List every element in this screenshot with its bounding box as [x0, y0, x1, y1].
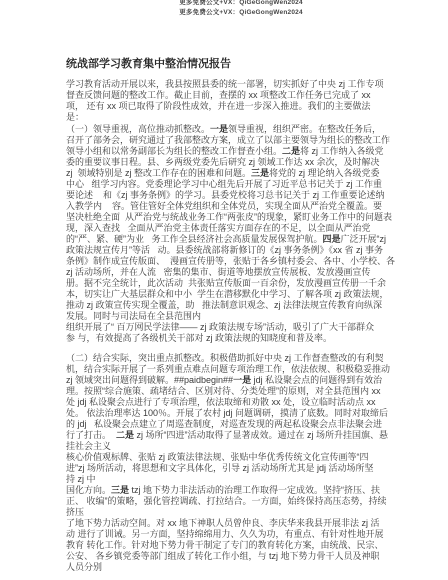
text-line: 中心 组学习内容。党委理论学习中心组先后开展了习近平总书记关于 zj 工作重 — [66, 179, 392, 190]
text-run: 行了打击。 — [66, 430, 116, 440]
text-run: 发展。同时与司法局在全县范围内 — [66, 311, 201, 321]
text-run: 本，切实让广大基层群众和中小 学生在潜移默化中学习、了解各项 zj 政策法规， — [66, 289, 389, 299]
text-line: 召开了部务会，研究通过了我部整改方案，成立了以部主要领导为组长的整改工作 — [66, 135, 392, 146]
text-run: 处 jdj 私设聚会点进行了专项治理，依法取缔和劝散 xx 处，设立临时活动点 … — [66, 397, 376, 407]
text-run: 是： — [66, 112, 84, 122]
text-run: 督查反馈问题的整改工作。截止目前，查摆的 xx 项整改工作任务已完成了 xx — [66, 90, 371, 100]
text-run: 要论述 和《zj 事务条例》的学习。县委党校将习总书记关于 zj 工作重要论述纳 — [66, 190, 385, 200]
text-run: zj 领域突出问题得到破解。##paidbegin## — [66, 375, 233, 385]
text-run: 理。按照“综合施策、疏堵结合、区别对待、分类处理”的原则，对全县范围内 xx — [66, 386, 381, 396]
text-line: 的 jdj 私设聚会点建立了周巡查制度，对巡查发现的两起私设聚会点非法聚会进 — [66, 419, 392, 430]
text-line: zj 活动场所，并在人流 密集的集市、街道等地摆放宣传展板、发放漫画宣传 — [66, 267, 392, 278]
paragraph: 学习教育活动开展以来，我县按照县委的统一部署，切实抓好了中央 zj 工作专项督查… — [66, 79, 392, 123]
watermark-line-2: 更多免费公文+VX：QiGeGongWen2024 — [17, 7, 448, 16]
text-run: 进”zj 场所活动，将思想和文字具体化，引导 zj 活动场所尤其是 jdj 活动… — [66, 463, 374, 473]
text-line: 了地下势力活动空间。对 xx 地下神职人员曾仲良、李庆华来我县开展非法 zj 活 — [66, 518, 392, 529]
text-run: 动 进行了训诫。另一方面，坚持绵绵用力、久久为功，有重点、有针对性地开展 — [66, 529, 384, 539]
text-run: 坚决杜绝全面 从严治党与统战业务工作“两张皮”的现象，紧盯业务工作中的问题表 — [66, 212, 392, 222]
text-run: 推动 zj 政策宣传实现全覆盖，助 推法制意识观念、zj 法律法规宣传教育向纵深 — [66, 300, 382, 310]
text-run: zj 领域特别是 zj 整改工作存在的困难和问题。 — [66, 168, 251, 178]
text-line: 要论述 和《zj 事务条例》的学习。县委党校将习总书记关于 zj 工作重要论述纳 — [66, 190, 392, 201]
text-run: 中心 组学习内容。党委理论学习中心组先后开展了习近平总书记关于 zj 工作重 — [66, 179, 382, 189]
text-run: jdj 私设聚会点的问题得到有效治 — [251, 375, 382, 385]
text-run: 正、 收编”的策略，强化管控调疏、打拉结合。一方面，始终保持高压态势，持续 — [66, 496, 387, 506]
text-run: 机，结合实际开展了一系列重点难点问题专项治理工作，依法依规、积极稳妥推动 — [66, 364, 390, 374]
text-line: 领导小组和以常务副部长为组长的整改工作督查小组。二是将 zj 工作纳入各级党 — [66, 146, 392, 157]
text-line: 动 进行了训诫。另一方面，坚持绵绵用力、久久为功，有重点、有针对性地开展 — [66, 529, 392, 540]
text-line: 挤压 — [66, 507, 392, 518]
text-line: 公安、 各乡镇党委等部门组成了转化工作小组，与 tzj 地下势力骨干人员及神职 — [66, 551, 392, 562]
text-run: 的 jdj 私设聚会点建立了周巡查制度，对巡查发现的两起私设聚会点非法聚会进 — [66, 419, 382, 429]
text-run: 学习教育活动开展以来，我县按照县委的统一部署，切实抓好了中央 zj 工作专项 — [66, 79, 384, 89]
text-run: 委的重要议事日程。县、乡两级党委先后研究 zj 领域工作达 xx 余次，及时解决 — [66, 157, 380, 167]
text-run: 教育 转化工作。针对地下势力骨干制定了专门的教育转化方案，由统战、民宗、 — [66, 540, 384, 550]
text-line: 学习教育活动开展以来，我县按照县委的统一部署，切实抓好了中央 zj 工作专项 — [66, 79, 392, 90]
text-line: 行了打击。 二是 zj 场所“四进”活动取得了显著成效。通过在 zj 场所升挂国… — [66, 430, 392, 441]
text-run: 的“严、紧、硬”为业 务工作全县经济社会高质量发展保驾护航。 — [66, 234, 323, 244]
text-line: 组织开展了“ 百万网民学法律—— zj 政策法规专场”活动，吸引了广大干部群众 — [66, 322, 392, 333]
text-line: 核心价值观标牌、张贴 zj 政策法律法规、张贴中华优秀传统文化宣传画等“四 — [66, 452, 392, 463]
text-run: 册。据不完全统计，此次活动 共张贴宣传版面一百余份，发放漫画宣传册一千余 — [66, 278, 386, 288]
text-line: 国化方向。三是 tzj 地下势力非法活动的治理工作取得一定成效。坚持“挤压、扶 — [66, 485, 392, 496]
text-line: 正、 收编”的策略，强化管控调疏、打拉结合。一方面，始终保持高压态势，持续 — [66, 496, 392, 507]
document-body: 学习教育活动开展以来，我县按照县委的统一部署，切实抓好了中央 zj 工作专项督查… — [66, 79, 392, 573]
text-line: 坚决杜绝全面 从严治党与统战业务工作“两张皮”的现象，紧盯业务工作中的问题表 — [66, 212, 392, 223]
text-run: 现，深入查找 全面从严治党主体责任落实方面存在的不足，以全面从严治党 — [66, 223, 371, 233]
text-run: 处。 依法治理率达 100％。开展了农村 jdj 问题调研，摸清了底数。同时对取… — [66, 408, 388, 418]
bold-text-run: 一是 — [233, 375, 251, 385]
text-line: 的“严、紧、硬”为业 务工作全县经济社会高质量发展保驾护航。四是广泛开展“zj — [66, 234, 392, 245]
bold-text-run: 二是 — [116, 430, 134, 440]
text-run: 将党的 zj 理论纳入各级党委 — [269, 168, 380, 178]
text-line: 进”zj 场所活动，将思想和文字具体化，引导 zj 活动场所尤其是 jdj 活动… — [66, 463, 392, 474]
text-line: zj 领域特别是 zj 整改工作存在的困难和问题。三是将党的 zj 理论纳入各级… — [66, 168, 392, 179]
text-line: 本，切实让广大基层群众和中小 学生在潜移默化中学习、了解各项 zj 政策法规， — [66, 289, 392, 300]
document-page: { "colors": { "background": "#ffffff", "… — [0, 0, 448, 580]
text-run: 领导小组和以常务副部长为组长的整改工作督查小组。 — [66, 146, 282, 156]
text-run: 持 zj 中 — [66, 474, 96, 484]
text-line: 督查反馈问题的整改工作。截止目前，查摆的 xx 项整改工作任务已完成了 xx — [66, 90, 392, 101]
text-line: 入教学内 容。管住管好全体党组织和全体党员，实现全面从严治党全覆盖。要 — [66, 201, 392, 212]
text-line: 人员分别 — [66, 562, 392, 573]
text-run: 项， 还有 xx 项已取得了阶段性成效，并在进一步深入推进。我们的主要做法 — [66, 101, 371, 111]
text-line: 理。按照“综合施策、疏堵结合、区别对待、分类处理”的原则，对全县范围内 xx — [66, 386, 392, 397]
text-run: 组织开展了“ 百万网民学法律—— zj 政策法规专场”活动，吸引了广大干部群众 — [66, 322, 374, 332]
text-run: tzj 地下势力非法活动的治理工作取得一定成效。坚持“挤压、扶 — [129, 485, 380, 495]
text-line: （二）结合实际，突出重点抓整改。积极借助抓好中央 zj 工作督查整改的有利契 — [66, 353, 392, 364]
text-run: 了地下势力活动空间。对 xx 地下神职人员曾仲良、李庆华来我县开展非法 zj 活 — [66, 518, 380, 528]
text-run: 挤压 — [66, 507, 84, 517]
text-run: 人员分别 — [66, 562, 102, 572]
text-line: 挂社会主义 — [66, 441, 392, 452]
text-run: 条例》制作成宣传版面、 漫画宣传册等，张贴于各乡镇村委会、各中、小学校、各 — [66, 256, 395, 266]
bold-text-run: 三是 — [111, 485, 129, 495]
text-run: 广泛开展“zj — [341, 234, 387, 244]
text-line: 项， 还有 xx 项已取得了阶段性成效，并在进一步深入推进。我们的主要做法 — [66, 101, 392, 112]
text-line: 政策法规宣传月”等活 动。县委统战部将新修订的《zj 事务条例》《xx 省 zj… — [66, 245, 392, 256]
text-line: 现，深入查找 全面从严治党主体责任落实方面存在的不足，以全面从严治党 — [66, 223, 392, 234]
paragraph: （二）结合实际，突出重点抓整改。积极借助抓好中央 zj 工作督查整改的有利契机，… — [66, 353, 392, 573]
bold-text-run: 三是 — [251, 168, 269, 178]
text-line: 是： — [66, 112, 392, 123]
text-run: 参 与，有效提高了各级机关干部对 zj 政策法规的知晓度和普及率。 — [66, 333, 332, 343]
text-line: 处 jdj 私设聚会点进行了专项治理，依法取缔和劝散 xx 处，设立临时活动点 … — [66, 397, 392, 408]
watermark-line-1: 更多免费公文+VX：QiGeGongWen2024 — [17, 0, 448, 6]
text-line: 处。 依法治理率达 100％。开展了农村 jdj 问题调研，摸清了底数。同时对取… — [66, 408, 392, 419]
text-run: 国化方向。 — [66, 485, 111, 495]
text-line: 发展。同时与司法局在全县范围内 — [66, 311, 392, 322]
text-run: （一）领导重视，高位推动抓整改。 — [66, 124, 210, 134]
text-line: （一）领导重视，高位推动抓整改。一是领导重视，组织严密。在整改任务后， — [66, 124, 392, 135]
text-line: 机，结合实际开展了一系列重点难点问题专项治理工作，依法依规、积极稳妥推动 — [66, 364, 392, 375]
text-line: 参 与，有效提高了各级机关干部对 zj 政策法规的知晓度和普及率。 — [66, 333, 392, 344]
text-run: zj 活动场所，并在人流 密集的集市、街道等地摆放宣传展板、发放漫画宣传 — [66, 267, 371, 277]
text-run: 政策法规宣传月”等活 动。县委统战部将新修订的《zj 事务条例》《xx 省 zj… — [66, 245, 383, 255]
text-run: （二）结合实际，突出重点抓整改。积极借助抓好中央 zj 工作督查整改的有利契 — [66, 353, 384, 363]
text-line: 册。据不完全统计，此次活动 共张贴宣传版面一百余份，发放漫画宣传册一千余 — [66, 278, 392, 289]
paragraph: （一）领导重视，高位推动抓整改。一是领导重视，组织严密。在整改任务后，召开了部务… — [66, 124, 392, 344]
text-line: zj 领域突出问题得到破解。##paidbegin##一是 jdj 私设聚会点的… — [66, 375, 392, 386]
text-line: 委的重要议事日程。县、乡两级党委先后研究 zj 领域工作达 xx 余次，及时解决 — [66, 157, 392, 168]
document-content: 统战部学习教育集中整治情况报告 学习教育活动开展以来，我县按照县委的统一部署，切… — [66, 58, 392, 573]
text-line: 持 zj 中 — [66, 474, 392, 485]
text-run: zj 场所“四进”活动取得了显著成效。通过在 zj 场所升挂国旗、悬 — [134, 430, 388, 440]
bold-text-run: 二是 — [282, 146, 300, 156]
document-title: 统战部学习教育集中整治情况报告 — [66, 58, 392, 71]
text-run: 将 zj 工作纳入各级党 — [300, 146, 384, 156]
bold-text-run: 四是 — [323, 234, 341, 244]
text-run: 召开了部务会，研究通过了我部整改方案，成立了以部主要领导为组长的整改工作 — [66, 135, 390, 145]
bold-text-run: 一是 — [210, 124, 228, 134]
text-run: 核心价值观标牌、张贴 zj 政策法律法规、张贴中华优秀传统文化宣传画等“四 — [66, 452, 369, 462]
text-run: 挂社会主义 — [66, 441, 111, 451]
text-line: 条例》制作成宣传版面、 漫画宣传册等，张贴于各乡镇村委会、各中、小学校、各 — [66, 256, 392, 267]
text-line: 推动 zj 政策宣传实现全覆盖，助 推法制意识观念、zj 法律法规宣传教育向纵深 — [66, 300, 392, 311]
text-line: 教育 转化工作。针对地下势力骨干制定了专门的教育转化方案，由统战、民宗、 — [66, 540, 392, 551]
text-run: 入教学内 容。管住管好全体党组织和全体党员，实现全面从严治党全覆盖。要 — [66, 201, 382, 211]
text-run: 公安、 各乡镇党委等部门组成了转化工作小组，与 tzj 地下势力骨干人员及神职 — [66, 551, 380, 561]
text-run: 领导重视，组织严密。在整改任务后， — [228, 124, 381, 134]
